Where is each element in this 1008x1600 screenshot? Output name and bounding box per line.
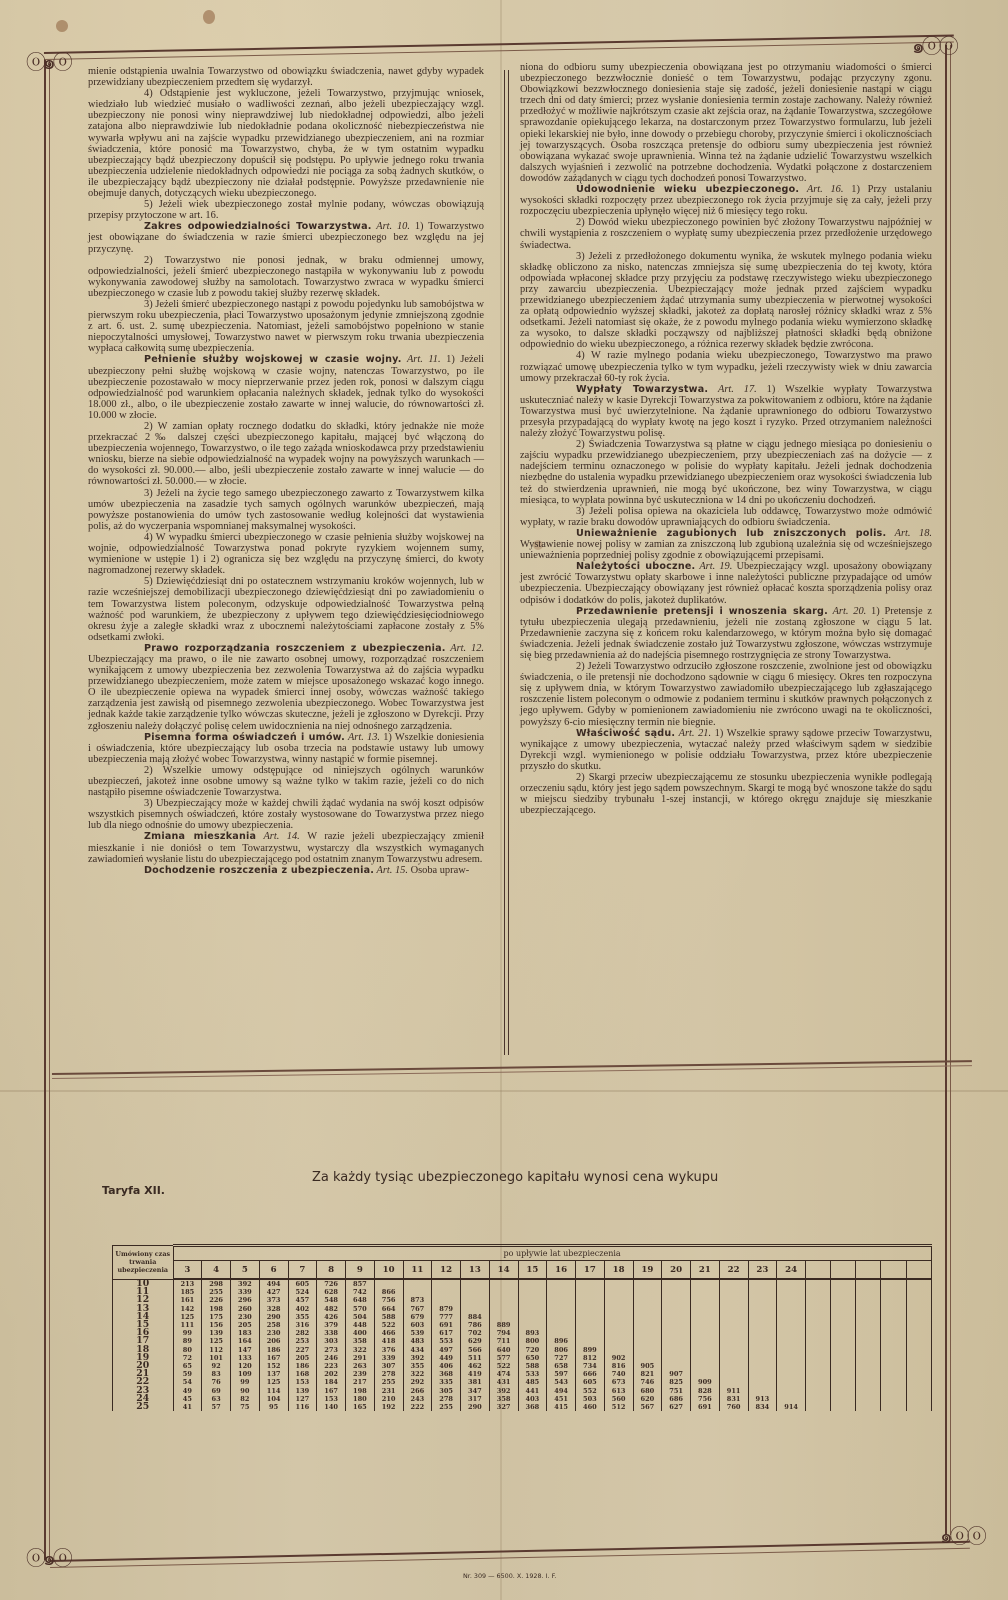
value-cell: 198	[346, 1387, 375, 1395]
value-cell	[633, 1346, 662, 1354]
value-cell: 539	[403, 1329, 432, 1337]
value-cell: 355	[403, 1362, 432, 1370]
value-cell: 83	[202, 1370, 231, 1378]
value-cell	[831, 1288, 856, 1296]
article-number: Art. 20.	[828, 606, 871, 617]
value-cell: 889	[489, 1321, 518, 1329]
value-cell	[576, 1329, 605, 1337]
value-cell: 358	[489, 1395, 518, 1403]
value-cell: 185	[173, 1288, 202, 1296]
value-cell	[576, 1279, 605, 1288]
column-header: 17	[576, 1261, 605, 1280]
value-cell: 522	[374, 1321, 403, 1329]
value-cell: 282	[288, 1329, 317, 1337]
value-cell: 419	[461, 1370, 490, 1378]
value-cell	[461, 1279, 490, 1288]
article-heading: Należytości uboczne.	[576, 561, 695, 572]
value-cell	[691, 1279, 720, 1288]
value-cell: 658	[547, 1362, 576, 1370]
value-cell: 800	[518, 1337, 547, 1345]
value-cell	[604, 1337, 633, 1345]
value-cell: 617	[432, 1329, 461, 1337]
value-cell	[518, 1279, 547, 1288]
value-cell: 327	[489, 1403, 518, 1411]
value-cell	[806, 1321, 831, 1329]
value-cell: 504	[346, 1313, 375, 1321]
value-cell: 206	[259, 1337, 288, 1345]
value-cell	[831, 1395, 856, 1403]
article-heading: Pisemna forma oświadczeń i umów.	[144, 732, 345, 743]
value-cell: 167	[317, 1387, 346, 1395]
article-heading: Wypłaty Towarzystwa.	[576, 384, 708, 395]
value-cell: 434	[403, 1346, 432, 1354]
article-heading: Udowodnienie wieku ubezpieczonego.	[576, 184, 799, 195]
value-cell	[748, 1305, 777, 1313]
value-cell	[906, 1279, 931, 1288]
value-cell	[777, 1362, 806, 1370]
value-cell: 120	[231, 1362, 260, 1370]
value-cell: 198	[202, 1305, 231, 1313]
value-cell: 666	[576, 1370, 605, 1378]
value-cell: 597	[547, 1370, 576, 1378]
value-cell	[518, 1296, 547, 1304]
value-cell	[806, 1387, 831, 1395]
value-cell	[604, 1288, 633, 1296]
value-cell	[403, 1288, 432, 1296]
value-cell: 202	[317, 1370, 346, 1378]
value-cell	[806, 1378, 831, 1386]
value-cell	[461, 1305, 490, 1313]
value-cell: 184	[317, 1378, 346, 1386]
value-cell: 192	[374, 1403, 403, 1411]
value-cell	[856, 1296, 881, 1304]
value-cell	[719, 1321, 748, 1329]
value-cell	[662, 1313, 691, 1321]
value-cell: 679	[403, 1313, 432, 1321]
value-cell	[831, 1279, 856, 1288]
value-cell: 210	[374, 1395, 403, 1403]
value-cell: 777	[432, 1313, 461, 1321]
value-cell	[518, 1321, 547, 1329]
article-paragraph: Prawo rozporządzania roszczeniem z ubezp…	[88, 643, 484, 732]
value-cell	[906, 1329, 931, 1337]
value-cell: 879	[432, 1305, 461, 1313]
value-cell	[719, 1378, 748, 1386]
article-heading: Zakres odpowiedzialności Towarzystwa.	[144, 221, 372, 232]
value-cell: 466	[374, 1329, 403, 1337]
value-cell	[432, 1296, 461, 1304]
value-cell: 680	[633, 1387, 662, 1395]
value-cell: 205	[231, 1321, 260, 1329]
value-cell	[906, 1354, 931, 1362]
article-number: Art. 15.	[374, 865, 410, 876]
value-cell	[691, 1337, 720, 1345]
value-cell	[856, 1387, 881, 1395]
value-cell: 756	[374, 1296, 403, 1304]
value-cell	[906, 1305, 931, 1313]
value-cell: 911	[719, 1387, 748, 1395]
value-cell	[831, 1305, 856, 1313]
value-cell	[777, 1378, 806, 1386]
table-row: 11185255339427524628742866	[113, 1288, 932, 1296]
value-cell	[547, 1321, 576, 1329]
value-cell: 825	[662, 1378, 691, 1386]
value-cell	[719, 1370, 748, 1378]
value-cell: 231	[374, 1387, 403, 1395]
value-cell	[719, 1362, 748, 1370]
value-cell: 368	[518, 1403, 547, 1411]
article-paragraph: Właściwość sądu. Art. 21. 1) Wszelkie sp…	[520, 728, 932, 772]
value-cell: 857	[346, 1279, 375, 1288]
value-cell	[777, 1321, 806, 1329]
value-cell: 751	[662, 1387, 691, 1395]
value-cell: 720	[518, 1346, 547, 1354]
value-cell: 358	[346, 1337, 375, 1345]
value-cell: 451	[547, 1395, 576, 1403]
value-cell	[691, 1329, 720, 1337]
value-cell: 379	[317, 1321, 346, 1329]
value-cell: 303	[317, 1337, 346, 1345]
value-cell: 114	[259, 1387, 288, 1395]
table-row: 2065921201521862232633073554064625225886…	[113, 1362, 932, 1370]
value-cell: 152	[259, 1362, 288, 1370]
article-number: Art. 19.	[695, 561, 736, 572]
value-cell	[719, 1313, 748, 1321]
value-cell: 111	[173, 1321, 202, 1329]
value-cell: 133	[231, 1354, 260, 1362]
column-header: 24	[777, 1261, 806, 1280]
value-cell	[518, 1288, 547, 1296]
value-cell: 913	[748, 1395, 777, 1403]
value-cell: 457	[288, 1296, 317, 1304]
column-header: 9	[346, 1261, 375, 1280]
value-cell	[518, 1313, 547, 1321]
paragraph: 4) W wypadku śmierci ubezpieczonego w cz…	[88, 532, 484, 576]
article-text: Osoba upraw-	[411, 865, 470, 876]
value-cell: 69	[202, 1387, 231, 1395]
value-cell	[806, 1305, 831, 1313]
paragraph: 3) Jeżeli z przedłożonego dokumentu wyni…	[520, 251, 932, 351]
border-frame-left	[44, 60, 50, 1560]
value-cell	[719, 1279, 748, 1288]
column-header	[831, 1261, 856, 1280]
value-cell: 392	[231, 1279, 260, 1288]
value-cell: 640	[489, 1346, 518, 1354]
value-cell	[489, 1313, 518, 1321]
value-cell: 794	[489, 1329, 518, 1337]
column-header: 12	[432, 1261, 461, 1280]
value-cell	[777, 1370, 806, 1378]
value-cell: 222	[403, 1403, 432, 1411]
value-cell: 628	[317, 1288, 346, 1296]
value-cell	[604, 1329, 633, 1337]
value-cell: 893	[518, 1329, 547, 1337]
value-cell: 205	[288, 1354, 317, 1362]
value-cell: 503	[576, 1395, 605, 1403]
value-cell: 109	[231, 1370, 260, 1378]
value-cell	[856, 1337, 881, 1345]
column-header: 3	[173, 1261, 202, 1280]
value-cell	[662, 1354, 691, 1362]
value-cell: 806	[547, 1346, 576, 1354]
table-row: 15111156205258316379448522603691786889	[113, 1321, 932, 1329]
value-cell: 296	[231, 1296, 260, 1304]
value-cell	[831, 1313, 856, 1321]
value-cell	[881, 1337, 906, 1345]
value-cell: 567	[633, 1403, 662, 1411]
value-cell	[881, 1378, 906, 1386]
article-heading: Pełnienie służby wojskowej w czasie wojn…	[144, 354, 402, 365]
value-cell: 65	[173, 1362, 202, 1370]
value-cell: 629	[461, 1337, 490, 1345]
value-cell: 255	[432, 1403, 461, 1411]
paragraph: 2) Jeżeli Towarzystwo odrzuciło zgłoszon…	[520, 661, 932, 728]
value-cell: 230	[231, 1313, 260, 1321]
value-cell	[518, 1305, 547, 1313]
value-cell	[806, 1313, 831, 1321]
value-cell: 217	[346, 1378, 375, 1386]
value-cell: 691	[691, 1403, 720, 1411]
paragraph: 2) Towarzystwo nie ponosi jednak, w brak…	[88, 255, 484, 299]
value-cell: 512	[604, 1403, 633, 1411]
value-cell	[806, 1337, 831, 1345]
value-cell: 183	[231, 1329, 260, 1337]
column-header	[806, 1261, 831, 1280]
value-cell: 322	[403, 1370, 432, 1378]
value-cell	[604, 1279, 633, 1288]
printer-imprint: Nr. 309 — 6500. X. 1928. I. F.	[463, 1572, 556, 1580]
value-cell: 605	[288, 1279, 317, 1288]
value-cell	[777, 1346, 806, 1354]
value-cell	[881, 1370, 906, 1378]
article-number: Art. 10.	[372, 221, 415, 232]
value-cell: 711	[489, 1337, 518, 1345]
value-cell	[547, 1313, 576, 1321]
paper-fold-horizontal	[0, 1090, 1008, 1092]
value-cell	[831, 1362, 856, 1370]
column-header: 4	[202, 1261, 231, 1280]
value-cell: 673	[604, 1378, 633, 1386]
value-cell: 603	[403, 1321, 432, 1329]
value-cell: 339	[231, 1288, 260, 1296]
value-cell	[806, 1346, 831, 1354]
value-cell	[748, 1296, 777, 1304]
value-cell: 258	[259, 1321, 288, 1329]
value-cell: 533	[518, 1370, 547, 1378]
value-cell	[633, 1321, 662, 1329]
value-cell	[748, 1321, 777, 1329]
value-cell	[691, 1296, 720, 1304]
value-cell: 291	[346, 1354, 375, 1362]
column-header: 14	[489, 1261, 518, 1280]
value-cell: 702	[461, 1329, 490, 1337]
value-cell	[806, 1403, 831, 1411]
value-cell	[719, 1354, 748, 1362]
value-cell: 355	[288, 1313, 317, 1321]
value-cell: 49	[173, 1387, 202, 1395]
value-cell	[374, 1279, 403, 1288]
value-cell: 756	[691, 1395, 720, 1403]
table-row: 1789125164206253303358418483553629711800…	[113, 1337, 932, 1345]
value-cell: 746	[633, 1378, 662, 1386]
value-cell: 406	[432, 1362, 461, 1370]
value-cell: 570	[346, 1305, 375, 1313]
table-row: 2349699011413916719823126630534739244149…	[113, 1387, 932, 1395]
value-cell: 664	[374, 1305, 403, 1313]
table-row: 13142198260328402482570664767879	[113, 1305, 932, 1313]
value-cell: 168	[288, 1370, 317, 1378]
value-cell	[662, 1346, 691, 1354]
value-cell: 255	[374, 1378, 403, 1386]
value-cell	[662, 1296, 691, 1304]
value-cell	[906, 1378, 931, 1386]
value-cell	[691, 1346, 720, 1354]
ornament-corner-icon: ⓞ๑ⓞ	[26, 46, 70, 78]
value-cell	[806, 1370, 831, 1378]
value-cell	[633, 1279, 662, 1288]
value-cell: 812	[576, 1354, 605, 1362]
table-row: 1972101133167205246291339392449511577650…	[113, 1354, 932, 1362]
value-cell	[906, 1346, 931, 1354]
value-cell: 243	[403, 1395, 432, 1403]
article-number: Art. 12.	[446, 643, 484, 654]
article-paragraph: Pełnienie służby wojskowej w czasie wojn…	[88, 354, 484, 421]
value-cell: 834	[748, 1403, 777, 1411]
value-cell	[403, 1279, 432, 1288]
paragraph: 2) Świadczenia Towarzystwa są płatne w c…	[520, 439, 932, 506]
value-cell	[856, 1403, 881, 1411]
table-row: 2541577595116140165192222255290327368415…	[113, 1403, 932, 1411]
value-cell	[881, 1354, 906, 1362]
value-cell: 767	[403, 1305, 432, 1313]
value-cell	[604, 1296, 633, 1304]
value-cell: 266	[403, 1387, 432, 1395]
value-cell: 322	[346, 1346, 375, 1354]
article-number: Art. 16.	[799, 184, 851, 195]
value-cell: 92	[202, 1362, 231, 1370]
value-cell	[806, 1354, 831, 1362]
value-cell	[831, 1354, 856, 1362]
paragraph: 4) W razie mylnego podania wieku ubezpie…	[520, 350, 932, 383]
value-cell	[719, 1296, 748, 1304]
value-cell	[906, 1370, 931, 1378]
value-cell: 116	[288, 1403, 317, 1411]
article-number: Art. 18.	[886, 528, 932, 539]
value-cell	[806, 1296, 831, 1304]
tariff-title: Za każdy tysiąc ubezpieczonego kapitału …	[312, 1170, 718, 1185]
value-cell	[831, 1337, 856, 1345]
value-cell: 734	[576, 1362, 605, 1370]
value-cell: 866	[374, 1288, 403, 1296]
value-cell: 392	[403, 1354, 432, 1362]
value-cell: 180	[346, 1395, 375, 1403]
column-header: 19	[633, 1261, 662, 1280]
value-cell: 914	[777, 1403, 806, 1411]
paragraph: 5) Jeżeli wiek ubezpieczonego został myl…	[88, 199, 484, 221]
article-paragraph: Zakres odpowiedzialności Towarzystwa. Ar…	[88, 221, 484, 254]
article-paragraph: Dochodzenie roszczenia z ubezpieczenia. …	[88, 865, 484, 876]
value-cell: 896	[547, 1337, 576, 1345]
article-paragraph: Unieważnienie zagubionych lub zniszczony…	[520, 528, 932, 561]
value-cell: 553	[432, 1337, 461, 1345]
column-header: 16	[547, 1261, 576, 1280]
paragraph: 3) Jeżeli na życie tego samego ubezpiecz…	[88, 488, 484, 532]
value-cell: 392	[489, 1387, 518, 1395]
value-cell: 605	[576, 1378, 605, 1386]
value-cell: 246	[317, 1354, 346, 1362]
column-header: 7	[288, 1261, 317, 1280]
value-cell: 691	[432, 1321, 461, 1329]
value-cell: 41	[173, 1403, 202, 1411]
table-row: 2159831091371682022392783223684194745335…	[113, 1370, 932, 1378]
column-header	[881, 1261, 906, 1280]
value-cell: 821	[633, 1370, 662, 1378]
value-cell	[547, 1279, 576, 1288]
value-cell: 727	[547, 1354, 576, 1362]
value-cell	[881, 1387, 906, 1395]
value-cell: 156	[202, 1321, 231, 1329]
article-heading: Prawo rozporządzania roszczeniem z ubezp…	[144, 643, 446, 654]
article-paragraph: Wypłaty Towarzystwa. Art. 17. 1) Wszelki…	[520, 384, 932, 439]
value-cell: 909	[691, 1378, 720, 1386]
value-cell: 278	[374, 1370, 403, 1378]
value-cell	[881, 1279, 906, 1288]
value-cell: 373	[259, 1296, 288, 1304]
value-cell: 273	[317, 1346, 346, 1354]
value-cell: 485	[518, 1378, 547, 1386]
value-cell	[881, 1329, 906, 1337]
value-cell	[881, 1403, 906, 1411]
value-cell: 328	[259, 1305, 288, 1313]
text-column-left: mienie odstąpienia uwalnia Towarzystwo o…	[88, 66, 484, 876]
value-cell	[856, 1288, 881, 1296]
value-cell: 613	[604, 1387, 633, 1395]
text-column-right: niona do odbioru sumy ubezpieczenia obow…	[520, 62, 932, 816]
value-cell: 305	[432, 1387, 461, 1395]
value-cell	[604, 1313, 633, 1321]
value-cell	[547, 1305, 576, 1313]
value-cell	[604, 1305, 633, 1313]
value-cell	[856, 1313, 881, 1321]
value-cell: 90	[231, 1387, 260, 1395]
value-cell	[633, 1337, 662, 1345]
paragraph: 4) Odstąpienie jest wykluczone, jeżeli T…	[88, 88, 484, 199]
article-paragraph: Zmiana mieszkania Art. 14. W razie jeżel…	[88, 831, 484, 864]
value-cell: 147	[231, 1346, 260, 1354]
value-cell	[633, 1354, 662, 1362]
value-cell: 112	[202, 1346, 231, 1354]
column-header: 21	[691, 1261, 720, 1280]
article-heading: Zmiana mieszkania	[144, 831, 256, 842]
value-cell	[831, 1296, 856, 1304]
value-cell	[461, 1288, 490, 1296]
value-cell: 298	[202, 1279, 231, 1288]
value-cell	[748, 1370, 777, 1378]
column-group-header: po upływie lat ubezpieczenia	[173, 1246, 932, 1261]
value-cell: 255	[202, 1288, 231, 1296]
article-text: Wystawienie nowej polisy w zamian za zni…	[520, 539, 932, 561]
article-number: Art. 14.	[256, 831, 307, 842]
value-cell: 104	[259, 1395, 288, 1403]
value-cell: 339	[374, 1354, 403, 1362]
value-cell: 125	[259, 1378, 288, 1386]
value-cell: 511	[461, 1354, 490, 1362]
value-cell	[806, 1362, 831, 1370]
value-cell	[906, 1403, 931, 1411]
paragraph: 3) Jeżeli polisa opiewa na okaziciela lu…	[520, 506, 932, 528]
tariff-table-container: Umówiony czas trwania ubezpieczeniapo up…	[112, 1244, 932, 1411]
value-cell: 650	[518, 1354, 547, 1362]
